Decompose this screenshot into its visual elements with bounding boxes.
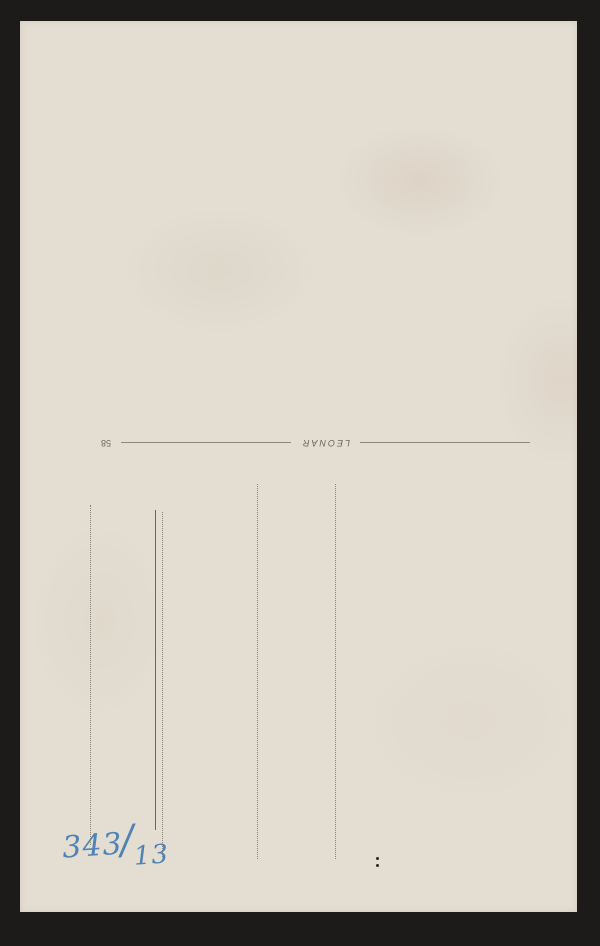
address-line-dotted-2 — [162, 512, 163, 857]
divider-line-right — [121, 443, 291, 444]
handwriting-numerator: 343 — [61, 827, 124, 866]
publisher-brand: LEONAR — [301, 438, 350, 448]
printed-divider: LEONAR 58 — [80, 435, 530, 451]
divider-line-left — [360, 443, 530, 444]
card-code: 58 — [101, 438, 111, 448]
ink-spots — [376, 857, 379, 871]
address-line-dotted-3 — [257, 484, 258, 859]
address-line-dotted-1 — [90, 505, 91, 845]
postcard-back — [20, 21, 577, 912]
ink-dot — [376, 857, 379, 860]
handwritten-inventory-number: 343/13 — [61, 814, 170, 867]
address-line-dotted-4 — [335, 484, 336, 859]
ink-dot — [376, 864, 379, 867]
handwriting-denominator: 13 — [133, 839, 170, 871]
center-divider-line — [155, 510, 156, 830]
